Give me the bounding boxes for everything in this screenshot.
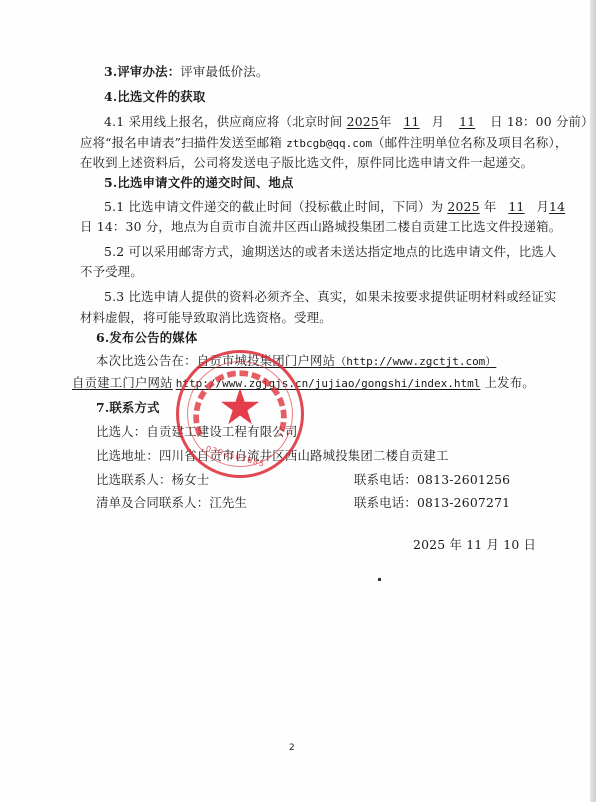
- stray-mark: [378, 578, 381, 581]
- section-7-heading: 7.联系方式: [96, 400, 160, 416]
- deadline-month: 11: [496, 199, 536, 215]
- contact2-name: 江先生: [209, 495, 247, 510]
- registration-day: 11: [444, 114, 490, 130]
- contact2-phone-row: 联系电话：0813-2607271: [354, 495, 510, 511]
- contact2-phone-label: 联系电话：: [354, 495, 417, 510]
- address-row: 比选地址：四川省自贡市自流井区西山路城投集团二楼自贡建工: [96, 448, 449, 464]
- site1-name-link[interactable]: 自贡市城投集团门户网站: [197, 353, 336, 368]
- section-6-heading: 6.发布公告的媒体: [96, 330, 197, 346]
- selector-label: 比选人：: [96, 424, 146, 439]
- registration-email[interactable]: ztbcgb@qq.com: [286, 137, 372, 150]
- para-5-1-line-1: 5.1 比选申请文件递交的截止时间（投标截止时间，下同）为 2025 年11月1…: [104, 199, 565, 215]
- para-5-2-line-2: 不予受理。: [80, 264, 143, 280]
- contact1-row: 比选联系人：杨女士: [96, 472, 209, 488]
- document-page: 3.评审办法：评审最低价法。 4.比选文件的获取 4.1 采用线上报名，供应商应…: [0, 0, 590, 802]
- para-4-1-line-3: 在收到上述资料后，公司将发送电子版比选文件，原件同比选申请文件一起递交。: [80, 155, 533, 171]
- para-5-3-line-1: 5.3 比选申请人提供的资料必须齐全、真实，如果未按要求提供证明材料或经证实: [104, 289, 557, 305]
- month-unit: 月: [536, 199, 549, 214]
- contact1-phone-label: 联系电话：: [354, 472, 417, 487]
- para-6-suffix: 上发布。: [480, 375, 535, 390]
- deadline-year: 2025: [447, 199, 479, 214]
- selector-value: 自贡建工建设工程有限公司: [146, 424, 297, 439]
- registration-year: 2025: [347, 114, 379, 129]
- page-edge: [590, 0, 596, 802]
- contact2-row: 清单及合同联系人：江先生: [96, 495, 247, 511]
- para-4-1-line-2-text: 应将“报名申请表”扫描件发送至邮箱: [80, 135, 286, 150]
- section-5-heading: 5.比选申请文件的递交时间、地点: [104, 175, 294, 191]
- para-5-1-prefix: 5.1 比选申请文件递交的截止时间（投标截止时间，下同）为: [104, 199, 447, 214]
- contact2-label: 清单及合同联系人：: [96, 495, 209, 510]
- section-4-heading: 4.比选文件的获取: [104, 89, 205, 105]
- contact1-label: 比选联系人：: [96, 472, 172, 487]
- para-5-3-line-2: 材料虚假，将可能导致取消比选资格。受理。: [80, 310, 332, 326]
- section-3: 3.评审办法：评审最低价法。: [104, 64, 268, 80]
- site1-url-link[interactable]: （http://www.zgctjt.com）: [335, 355, 496, 368]
- contact2-phone: 0813-2607271: [417, 495, 510, 510]
- site2-name-link[interactable]: 自贡建工门户网站: [72, 375, 173, 390]
- para-6-line-2: 自贡建工门户网站http://www.zgjgjs.cn/jujiao/gong…: [72, 375, 535, 392]
- section-3-text: 评审最低价法。: [180, 64, 268, 79]
- selector-row: 比选人：自贡建工建设工程有限公司: [96, 424, 297, 440]
- contact1-phone-row: 联系电话：0813-2601256: [354, 472, 510, 488]
- site2-url-link[interactable]: http://www.zgjgjs.cn/jujiao/gongshi/inde…: [176, 377, 481, 390]
- para-5-1-line-2: 日 14：30 分，地点为自贡市自流井区西山路城投集团二楼自贡建工比选文件投递箱…: [80, 219, 561, 235]
- address-value: 四川省自贡市自流井区西山路城投集团二楼自贡建工: [159, 448, 449, 463]
- contact1-name: 杨女士: [172, 472, 210, 487]
- para-5-2-line-1: 5.2 可以采用邮寄方式，逾期送达的或者未送达指定地点的比选申请文件，比选人: [104, 244, 557, 260]
- para-4-1-line-1: 4.1 采用线上报名，供应商应将（北京时间 2025年11月11日 18：00 …: [104, 114, 594, 130]
- year-unit: 年: [379, 114, 392, 129]
- month-unit: 月: [432, 114, 445, 129]
- para-6-prefix: 本次比选公告在：: [96, 353, 197, 368]
- para-4-1-prefix: 4.1 采用线上报名，供应商应将（北京时间: [104, 114, 347, 129]
- contact1-phone: 0813-2601256: [417, 472, 510, 487]
- para-4-1-line-2-suffix: （邮件注明单位名称及项目名称），: [372, 135, 567, 150]
- day-unit: 日 18：00 分前）: [490, 114, 594, 129]
- address-label: 比选地址：: [96, 448, 159, 463]
- section-3-heading: 3.评审办法：: [104, 64, 180, 79]
- document-date: 2025 年 11 月 10 日: [413, 537, 536, 553]
- para-6-line-1: 本次比选公告在：自贡市城投集团门户网站（http://www.zgctjt.co…: [96, 353, 496, 370]
- page-number: 2: [289, 743, 295, 753]
- registration-month: 11: [392, 114, 432, 130]
- para-4-1-line-2: 应将“报名申请表”扫描件发送至邮箱 ztbcgb@qq.com（邮件注明单位名称…: [80, 135, 567, 152]
- deadline-day: 14: [549, 199, 565, 214]
- year-unit: 年: [480, 199, 497, 214]
